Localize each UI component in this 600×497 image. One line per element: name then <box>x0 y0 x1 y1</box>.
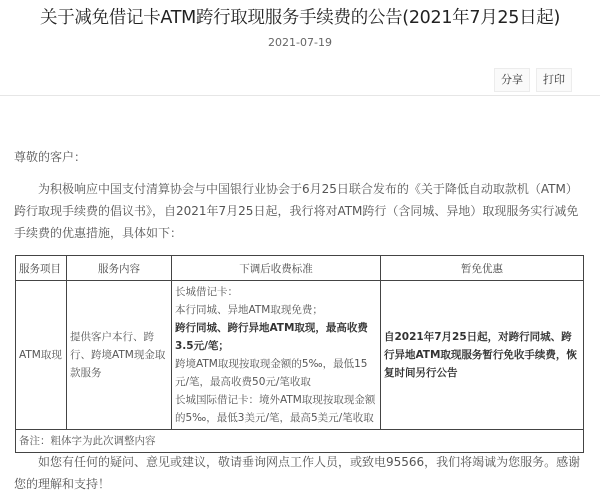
cell-exemption: 自2021年7月25日起，对跨行同城、跨行异地ATM取现服务暂行免收手续费，恢复… <box>381 281 584 430</box>
publish-date: 2021-07-19 <box>0 36 600 49</box>
fee-table: 服务项目 服务内容 下调后收费标准 暂免优惠 ATM取现 提供客户本行、跨行、跨… <box>15 255 584 453</box>
header-service-item: 服务项目 <box>16 256 67 281</box>
print-button[interactable]: 打印 <box>536 68 572 92</box>
standard-line: 长城国际借记卡：境外ATM取现按取现金额的5‰，最低3美元/笔，最高5美元/笔收… <box>175 391 377 427</box>
header-fee-standard: 下调后收费标准 <box>172 256 381 281</box>
cell-fee-standard: 长城借记卡： 本行同城、异地ATM取现免费； 跨行同城、跨行异地ATM取现，最高… <box>172 281 381 430</box>
standard-line: 本行同城、异地ATM取现免费； <box>175 301 377 319</box>
table-note-row: 备注：粗体字为此次调整内容 <box>16 430 584 453</box>
cell-service-item: ATM取现 <box>16 281 67 430</box>
header-divider <box>0 95 600 96</box>
standard-line: 长城借记卡： <box>175 283 377 301</box>
table-note: 备注：粗体字为此次调整内容 <box>16 430 584 453</box>
table-header-row: 服务项目 服务内容 下调后收费标准 暂免优惠 <box>16 256 584 281</box>
table-row: ATM取现 提供客户本行、跨行、跨境ATM现金取款服务 长城借记卡： 本行同城、… <box>16 281 584 430</box>
header-service-content: 服务内容 <box>67 256 172 281</box>
share-button[interactable]: 分享 <box>494 68 530 92</box>
intro-paragraph: 为积极响应中国支付清算协会与中国银行业协会于6月25日联合发布的《关于降低自动取… <box>14 178 589 244</box>
header-exemption: 暂免优惠 <box>381 256 584 281</box>
standard-line-bold: 跨行同城、跨行异地ATM取现，最高收费3.5元/笔； <box>175 319 377 355</box>
salutation: 尊敬的客户： <box>14 148 86 165</box>
standard-line: 跨境ATM取现按取现金额的5‰，最低15元/笔，最高收费50元/笔收取 <box>175 355 377 391</box>
action-bar: 分享 打印 <box>494 68 572 92</box>
cell-service-content: 提供客户本行、跨行、跨境ATM现金取款服务 <box>67 281 172 430</box>
page-title: 关于减免借记卡ATM跨行取现服务手续费的公告(2021年7月25日起) <box>0 4 600 29</box>
closing-paragraph: 如您有任何的疑问、意见或建议，敬请垂询网点工作人员，或致电95566，我们将竭诚… <box>14 451 589 495</box>
